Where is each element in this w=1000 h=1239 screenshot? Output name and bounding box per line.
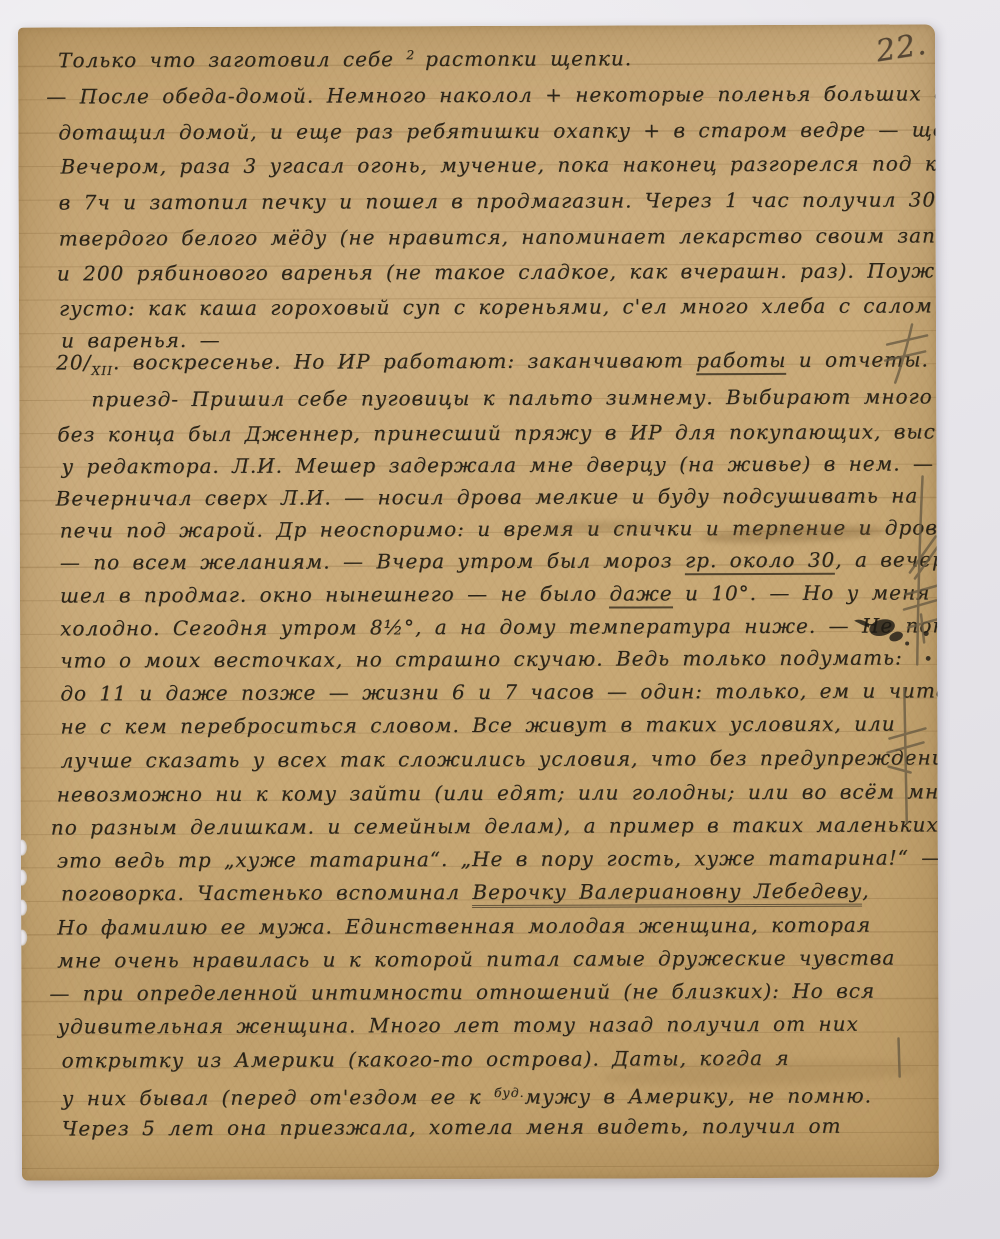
pencil-vertical-line-lower-right-icon [887, 688, 925, 822]
pencil-vertical-line-middle-right-icon [904, 476, 939, 664]
paper-sheet: 22. Только что заготовил себе 2 растопки… [18, 24, 939, 1180]
margin-pencil-marks [18, 24, 939, 1180]
pencil-crosshatch-top-right-icon [885, 324, 927, 382]
